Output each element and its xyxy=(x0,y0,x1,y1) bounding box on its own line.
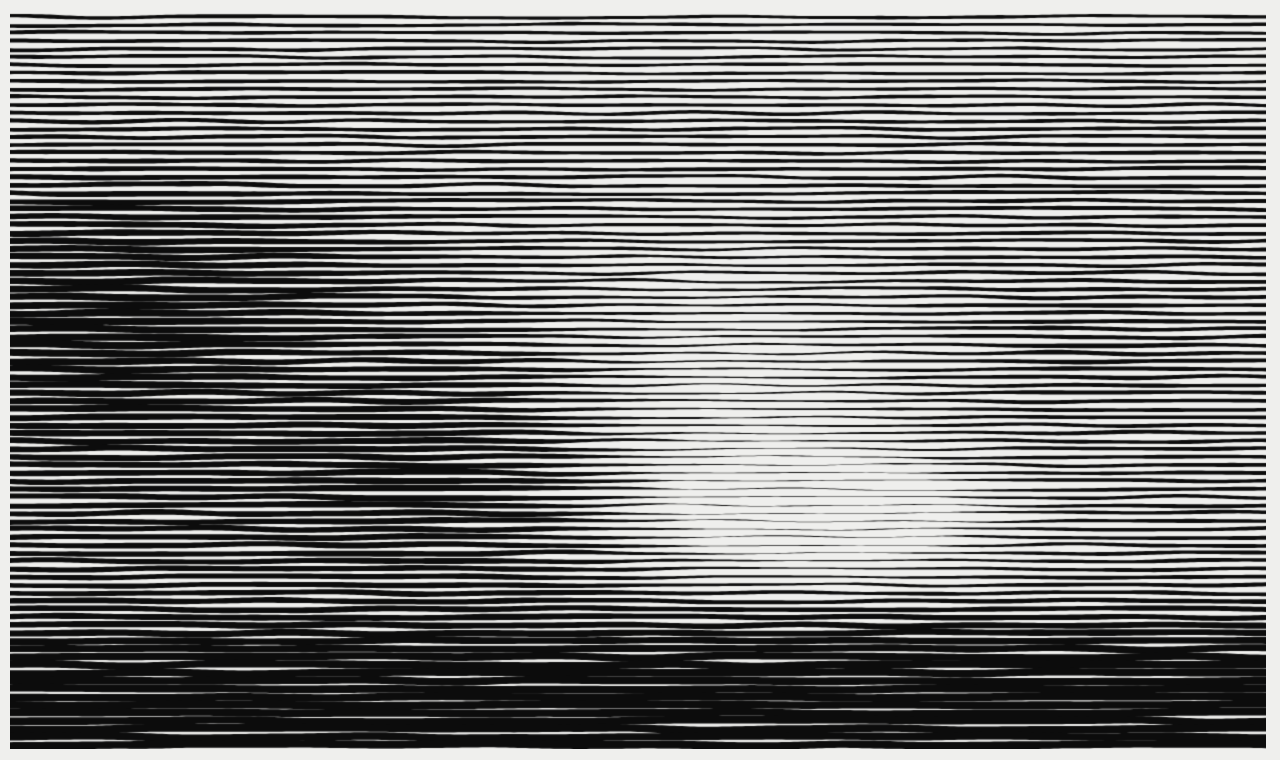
engraving-canvas xyxy=(10,13,1266,749)
page: Line-engraving landscape xyxy=(0,0,1280,760)
engraving-artwork: Line-engraving landscape xyxy=(10,13,1266,749)
artwork-title: Line-engraving landscape xyxy=(10,749,11,750)
